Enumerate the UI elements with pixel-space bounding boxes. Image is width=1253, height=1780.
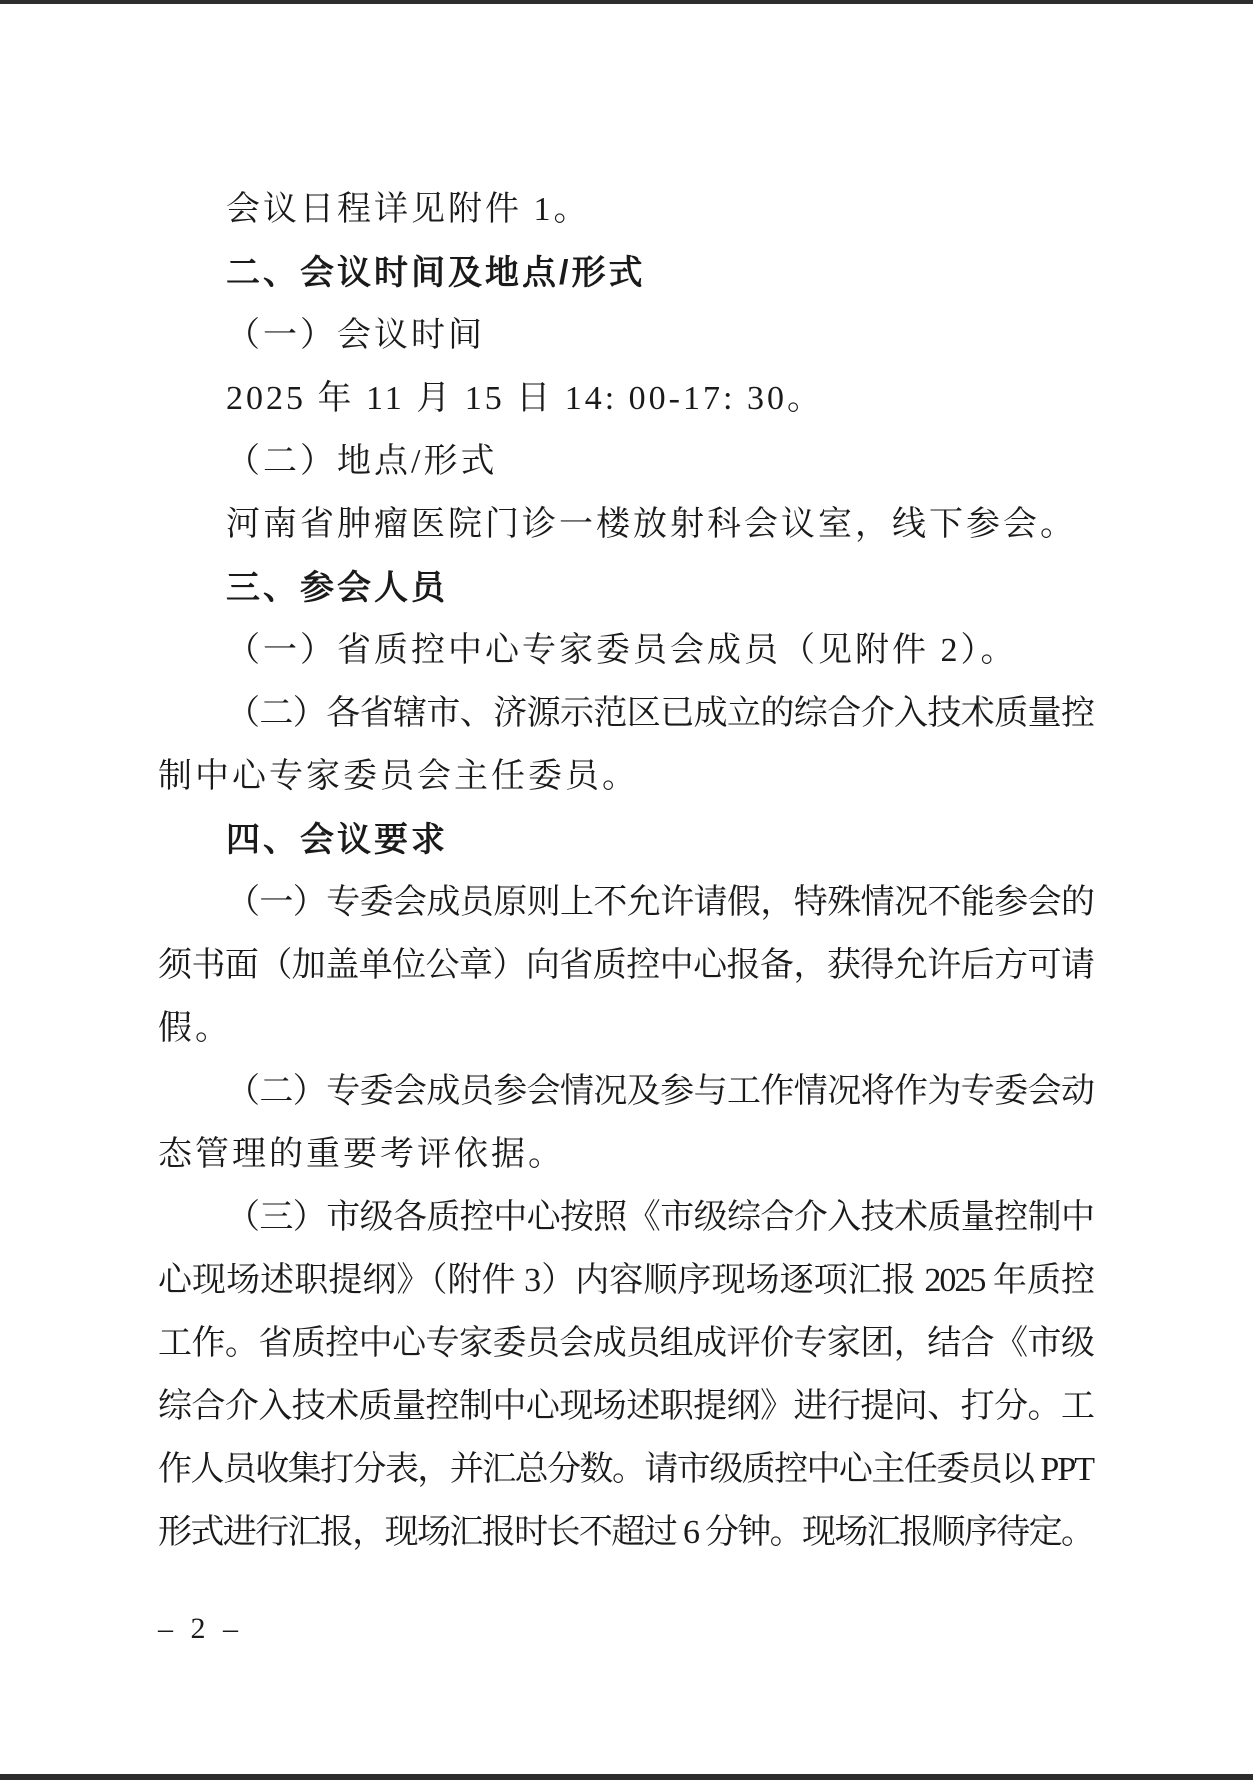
document-line: 工作。省质控中心专家委员会成员组成评价专家团，结合《市级 xyxy=(158,1324,1093,1364)
section-heading: 四、会议要求 xyxy=(158,820,1093,860)
document-line: 制中心专家委员会主任委员。 xyxy=(158,757,1093,797)
document-line: （三）市级各质控中心按照《市级综合介入技术质量控制中 xyxy=(158,1198,1093,1238)
document-line: （二）地点/形式 xyxy=(158,442,1093,482)
document-line: 作人员收集打分表，并汇总分数。请市级质控中心主任委员以 PPT xyxy=(158,1450,1093,1490)
document-line: 假。 xyxy=(158,1009,1093,1049)
document-line: 态管理的重要考评依据。 xyxy=(158,1135,1093,1175)
document-line: （一）会议时间 xyxy=(158,316,1093,356)
document-line: （二）各省辖市、济源示范区已成立的综合介入技术质量控 xyxy=(158,694,1093,734)
document-line: （一）专委会成员原则上不允许请假，特殊情况不能参会的 xyxy=(158,883,1093,923)
page-number: – 2 – xyxy=(158,1612,243,1646)
section-heading: 二、会议时间及地点/形式 xyxy=(158,253,1093,293)
document-line: （一）省质控中心专家委员会成员（见附件 2）。 xyxy=(158,631,1093,671)
document-page: 会议日程详见附件 1。二、会议时间及地点/形式（一）会议时间2025 年 11 … xyxy=(0,0,1253,1780)
document-line: 2025 年 11 月 15 日 14: 00-17: 30。 xyxy=(158,379,1093,419)
section-heading: 三、参会人员 xyxy=(158,568,1093,608)
document-line: （二）专委会成员参会情况及参与工作情况将作为专委会动 xyxy=(158,1072,1093,1112)
document-line: 心现场述职提纲》（附件 3）内容顺序现场逐项汇报 2025 年质控 xyxy=(158,1261,1093,1301)
document-line: 综合介入技术质量控制中心现场述职提纲》进行提问、打分。工 xyxy=(158,1387,1093,1427)
bottom-edge-band xyxy=(0,1774,1253,1780)
document-line: 须书面（加盖单位公章）向省质控中心报备，获得允许后方可请 xyxy=(158,946,1093,986)
document-line: 会议日程详见附件 1。 xyxy=(158,190,1093,230)
document-line: 形式进行汇报，现场汇报时长不超过 6 分钟。现场汇报顺序待定。 xyxy=(158,1513,1093,1553)
top-edge-band xyxy=(0,0,1253,4)
document-line: 河南省肿瘤医院门诊一楼放射科会议室，线下参会。 xyxy=(158,505,1093,545)
